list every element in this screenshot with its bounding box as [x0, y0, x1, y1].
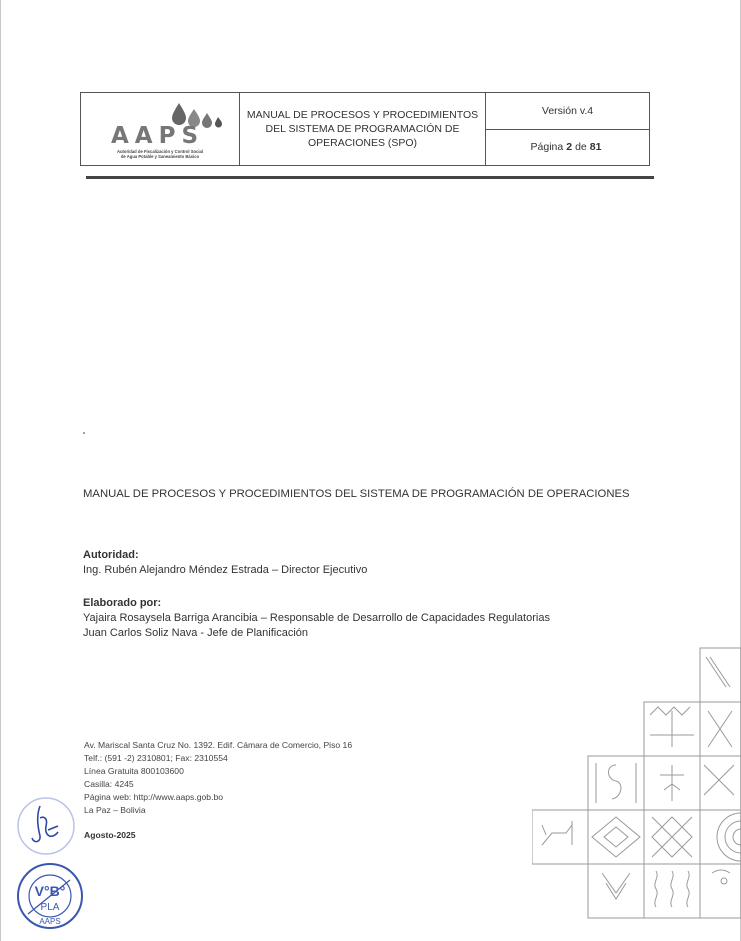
page-number: Página 2 de 81 — [486, 130, 649, 166]
contact-block: Av. Mariscal Santa Cruz No. 1392. Edif. … — [84, 739, 352, 817]
logo-subtitle-line2: de Agua Potable y Saneamiento Básico — [81, 154, 239, 159]
version-label: Versión v.4 — [486, 93, 649, 130]
document-title: MANUAL DE PROCESOS Y PROCEDIMIENTOS DEL … — [83, 488, 630, 500]
approval-seal-icon: V°B° PLA AAPS — [14, 862, 86, 930]
header-rule — [86, 176, 654, 179]
document-date: Agosto-2025 — [84, 830, 136, 840]
aaps-logo: AAPS Autoridad de Fiscalización y Contro… — [81, 93, 240, 165]
authority-block: Autoridad: Ing. Rubén Alejandro Méndez E… — [83, 548, 367, 578]
prepared-by-person: Juan Carlos Soliz Nava - Jefe de Planifi… — [83, 626, 550, 641]
logo-subtitle: Autoridad de Fiscalización y Control Soc… — [81, 149, 239, 159]
authority-label: Autoridad: — [83, 548, 367, 563]
header-title: MANUAL DE PROCESOS Y PROCEDIMIENTOS DEL … — [240, 93, 486, 165]
contact-website: Página web: http://www.aaps.gob.bo — [84, 791, 352, 804]
header-title-line2: DEL SISTEMA DE PROGRAMACIÓN DE — [247, 122, 478, 136]
scan-speck — [83, 432, 85, 434]
header-title-line3: OPERACIONES (SPO) — [247, 136, 478, 150]
svg-text:PLA: PLA — [41, 902, 60, 913]
page-separator: de — [575, 141, 587, 153]
contact-po-box: Casilla: 4245 — [84, 778, 352, 791]
page-left-edge — [0, 0, 1, 941]
page-total: 81 — [590, 141, 602, 153]
logo-acronym: AAPS — [111, 123, 204, 149]
header-meta: Versión v.4 Página 2 de 81 — [486, 93, 649, 165]
svg-text:AAPS: AAPS — [39, 917, 60, 926]
contact-toll-free: Línea Gratuita 800103600 — [84, 765, 352, 778]
prepared-by-block: Elaborado por: Yajaira Rosaysela Barriga… — [83, 596, 550, 641]
header-title-line1: MANUAL DE PROCESOS Y PROCEDIMIENTOS — [247, 108, 478, 122]
document-header-table: AAPS Autoridad de Fiscalización y Contro… — [80, 92, 650, 166]
prepared-by-label: Elaborado por: — [83, 596, 550, 611]
prepared-by-person: Yajaira Rosaysela Barriga Arancibia – Re… — [83, 611, 550, 626]
page-current: 2 — [566, 141, 572, 153]
authority-name: Ing. Rubén Alejandro Méndez Estrada – Di… — [83, 563, 367, 578]
contact-address: Av. Mariscal Santa Cruz No. 1392. Edif. … — [84, 739, 352, 752]
andean-textile-pattern-icon — [532, 645, 741, 935]
page-prefix: Página — [531, 141, 564, 153]
signature-icon — [14, 796, 78, 856]
contact-phone: Telf.: (591 -2) 2310801; Fax: 2310554 — [84, 752, 352, 765]
contact-city: La Paz – Bolivia — [84, 804, 352, 817]
